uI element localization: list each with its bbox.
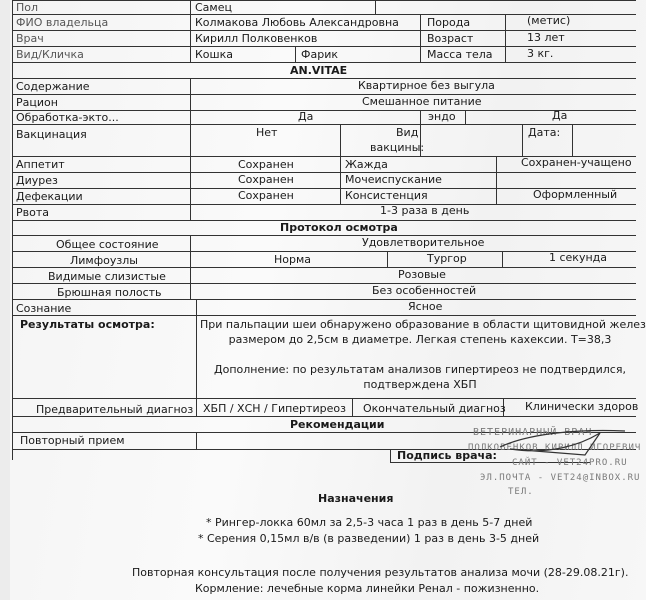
turgor-label: Тургор bbox=[427, 252, 467, 266]
appetite-value: Сохранен bbox=[238, 158, 294, 172]
owner-value: Колмакова Любовь Александровна bbox=[195, 16, 399, 30]
lymph-value: Норма bbox=[274, 253, 311, 267]
endo-label: эндо bbox=[428, 110, 456, 124]
vaccine-type-label-1: Вид bbox=[396, 126, 418, 140]
prelim-diagnosis-value: ХБП / ХСН / Гипертиреоз bbox=[203, 402, 346, 416]
prelim-diagnosis-label: Предварительный диагноз bbox=[36, 403, 193, 417]
divider bbox=[352, 398, 353, 416]
divider bbox=[420, 110, 421, 124]
divider bbox=[190, 0, 191, 62]
sex-value: Самец bbox=[195, 1, 232, 15]
divider bbox=[190, 78, 191, 220]
divider bbox=[572, 124, 573, 156]
note-line: Повторная консультация после получения р… bbox=[132, 566, 628, 580]
results-text: При пальпации шеи обнаружено образование… bbox=[200, 317, 640, 392]
diuresis-value: Сохранен bbox=[238, 173, 294, 187]
results-line: размером до 2,5см в диаметре. Легкая сте… bbox=[200, 332, 640, 347]
consciousness-value: Ясное bbox=[408, 300, 442, 314]
anvitae-title: AN.VITAE bbox=[290, 64, 347, 78]
defecation-value: Сохранен bbox=[238, 189, 294, 203]
date-label: Дата: bbox=[528, 126, 560, 140]
breed-label: Порода bbox=[427, 16, 470, 30]
weight-label: Масса тела bbox=[427, 48, 493, 62]
divider bbox=[465, 110, 466, 124]
ecto-label: Обработка-экто... bbox=[16, 111, 119, 125]
weight-value: 3 кг. bbox=[527, 47, 553, 61]
divider bbox=[295, 46, 296, 62]
divider bbox=[387, 251, 388, 267]
doctor-label: Врач bbox=[16, 32, 44, 46]
divider bbox=[190, 235, 191, 299]
prescriptions-title: Назначения bbox=[318, 492, 393, 506]
lymph-label: Лимфоузлы bbox=[70, 254, 138, 268]
vaccination-label: Вакцинация bbox=[16, 128, 87, 142]
divider bbox=[496, 156, 497, 204]
results-line-spacer bbox=[200, 347, 640, 362]
abdomen-value: Без особенностей bbox=[372, 284, 476, 298]
consciousness-label: Сознание bbox=[16, 302, 71, 316]
species-label: Вид/Кличка bbox=[16, 48, 84, 62]
final-diagnosis-label: Окончательный диагноз bbox=[363, 402, 506, 416]
divider bbox=[12, 172, 636, 173]
diet-label: Рацион bbox=[16, 96, 58, 110]
consistency-label: Консистенция bbox=[345, 189, 428, 203]
divider bbox=[340, 124, 341, 204]
note-line: Кормление: лечебные корма линейки Ренал … bbox=[195, 582, 539, 596]
owner-label: ФИО владельца bbox=[16, 16, 108, 30]
divider bbox=[375, 0, 376, 14]
divider bbox=[12, 94, 636, 95]
revisit-label: Повторный прием bbox=[20, 434, 125, 448]
consistency-value: Оформленный bbox=[533, 188, 617, 202]
vomit-value: 1-3 раза в день bbox=[380, 204, 469, 218]
divider bbox=[12, 204, 636, 205]
vaccine-type-label-2: вакцины: bbox=[370, 141, 424, 155]
abdomen-label: Брюшная полость bbox=[57, 286, 162, 300]
vomit-label: Рвота bbox=[16, 206, 49, 220]
divider bbox=[12, 235, 636, 236]
divider bbox=[12, 62, 636, 63]
divider bbox=[196, 299, 197, 416]
housing-label: Содержание bbox=[16, 80, 90, 94]
divider bbox=[390, 449, 391, 462]
thirst-value: Сохранен-учащено bbox=[521, 156, 632, 170]
turgor-value: 1 секунда bbox=[549, 251, 607, 265]
results-line: При пальпации шеи обнаружено образование… bbox=[200, 317, 640, 332]
recommendations-title: Рекомендации bbox=[290, 418, 384, 432]
general-value: Удовлетворительное bbox=[362, 236, 484, 250]
breed-value: (метис) bbox=[527, 14, 570, 28]
doctor-value: Кирилл Полковенков bbox=[195, 32, 317, 46]
age-label: Возраст bbox=[427, 32, 473, 46]
exam-title: Протокол осмотра bbox=[280, 221, 398, 235]
thirst-label: Жажда bbox=[345, 158, 388, 172]
results-line: Дополнение: по результатам анализов гипе… bbox=[200, 362, 640, 377]
results-label: Результаты осмотра: bbox=[20, 318, 155, 332]
age-value: 13 лет bbox=[527, 31, 565, 45]
divider bbox=[196, 432, 197, 449]
diet-value: Смешанное питание bbox=[362, 95, 482, 109]
ecto-value: Да bbox=[298, 110, 313, 124]
mucosa-value: Розовые bbox=[398, 268, 446, 282]
results-line: подтверждена ХБП bbox=[200, 377, 640, 392]
divider bbox=[420, 14, 421, 62]
pet-name-value: Фарик bbox=[301, 48, 338, 62]
endo-value: Да bbox=[552, 109, 567, 123]
general-label: Общее состояние bbox=[56, 238, 159, 252]
signature-scribble-icon bbox=[490, 425, 630, 460]
divider bbox=[522, 124, 523, 156]
mucosa-label: Видимые слизистые bbox=[48, 270, 166, 284]
stamp-line: ЭЛ.ПОЧТА - VET24@INBOX.RU bbox=[480, 473, 640, 483]
appetite-label: Аппетит bbox=[16, 158, 65, 172]
prescription-item: * Рингер-локка 60мл за 2,5-3 часа 1 раз … bbox=[206, 516, 532, 530]
divider bbox=[12, 398, 636, 399]
sex-label: Пол bbox=[16, 1, 38, 15]
housing-value: Квартирное без выгула bbox=[358, 79, 495, 93]
final-diagnosis-value: Клинически здоров bbox=[525, 400, 638, 414]
divider bbox=[505, 14, 506, 62]
divider bbox=[502, 251, 503, 267]
diuresis-label: Диурез bbox=[16, 174, 58, 188]
divider bbox=[12, 315, 636, 316]
urination-label: Мочеиспускание bbox=[345, 173, 442, 187]
divider bbox=[12, 78, 636, 79]
species-value: Кошка bbox=[195, 48, 233, 62]
divider bbox=[12, 0, 636, 1]
stamp-line: ТЕЛ. bbox=[508, 487, 534, 497]
defecation-label: Дефекации bbox=[16, 190, 83, 204]
divider bbox=[12, 0, 13, 460]
vaccination-value: Нет bbox=[256, 126, 277, 140]
prescription-item: * Серения 0,15мл в/в (в разведении) 1 ра… bbox=[198, 532, 539, 546]
medical-record-page bbox=[10, 0, 646, 600]
